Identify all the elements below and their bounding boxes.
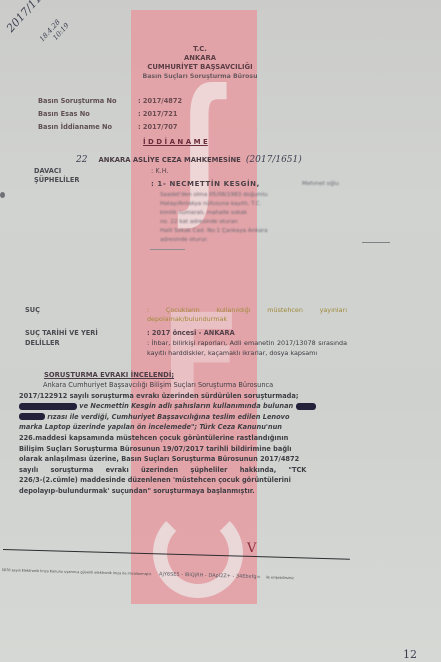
detail-line: Mehmet oğlu [302, 180, 362, 189]
paragraph-line: ve Necmettin Kesgin adlı şahısların kull… [19, 401, 349, 412]
case-number-label: Basın Esas No [38, 110, 138, 119]
section-heading: SORUŞTURMA EVRAKI İNCELENDİ; [44, 371, 174, 379]
court-line: 22 ANKARA ASLİYE CEZA MAHKEMESİNE (2017/… [76, 147, 302, 166]
deliller-label: DELİLLER [25, 339, 60, 347]
handwritten-court-number: 22 [76, 155, 87, 165]
suc-value: : Çocukların kullanıldığı müstehcen yayı… [147, 306, 347, 324]
detail-line: kimlik numaralı, mahalle sokak [160, 209, 350, 218]
paragraph-line: Bilişim Suçları Soruşturma Bürosunun 19/… [19, 444, 349, 455]
handwritten-page-number: 12 [403, 648, 417, 661]
court-name: ANKARA ASLİYE CEZA MAHKEMESİNE [99, 156, 241, 164]
davaci-label: DAVACI [34, 167, 61, 175]
davaci-value: : K.H. [151, 167, 169, 175]
redaction-mark [296, 403, 316, 410]
case-number-value: : 2017/4872 [138, 97, 182, 105]
detail-line: Halil Sokak Cad. No:1 Çankaya Ankara [160, 227, 350, 236]
handwritten-court-ref: (2017/1651) [246, 155, 302, 165]
handwritten-signature-mark: V [247, 541, 256, 556]
margin-dot [0, 192, 5, 198]
suc-tarihi-label: SUÇ TARİHİ VE YERİ [25, 329, 98, 337]
supheli-1-name: : 1- NECMETTİN KESGİN, [151, 180, 260, 188]
suc-label: SUÇ [25, 306, 40, 314]
case-numbers: Basın Soruşturma No: 2017/4872 Basın Esa… [38, 93, 182, 132]
paragraph-line: rızası ile verdiği, Cumhuriyet Başsavcıl… [19, 412, 349, 423]
section-paragraph: Ankara Cumhuriyet Başsavcılığı Bilişim S… [19, 380, 349, 497]
paragraph-line: 226/3-(2.cümle) maddesinde düzenlenen 'm… [19, 475, 349, 486]
header-tc: T.C. [110, 45, 290, 54]
case-number-row: Basın Soruşturma No: 2017/4872 [38, 93, 182, 106]
case-number-row: Basın İddianame No: 2017/707 [38, 119, 182, 132]
paragraph-line: depolayıp-bulundurmak' suçundan" soruştu… [19, 486, 349, 497]
document-page: ʃ F 2017/1109 18.4.28 10:19 T.C. ANKARA … [0, 0, 441, 662]
footer-signature-code: AjY6SE5 - lBiQjRH - DApl2Z+ - 34Ebxfg= [159, 571, 261, 580]
detail-line: Saadet'den olma 05/08/1983 doğumlu [160, 191, 350, 200]
header-bureau: Basın Suçları Soruşturma Bürosu [110, 72, 290, 81]
case-number-value: : 2017/721 [138, 110, 177, 118]
supheliler-label: ŞÜPHELİLER [34, 176, 79, 184]
detail-line: Hatay/Antakya nüfusuna kayıtlı, T.C. [160, 200, 350, 209]
header-office: CUMHURİYET BAŞSAVCILIĞI [110, 63, 290, 72]
case-number-label: Basın İddianame No [38, 123, 138, 132]
footer-small-print: 5070 sayılı Elektronik İmza Kanunu uyarı… [2, 568, 152, 576]
handwritten-time-note: 18.4.28 10:19 [38, 16, 72, 50]
institution-header: T.C. ANKARA CUMHURİYET BAŞSAVCILIĞI Bası… [110, 45, 290, 81]
case-number-label: Basın Soruşturma No [38, 97, 138, 106]
paragraph-fragment: ve Necmettin Kesgin adlı şahısların kull… [79, 402, 293, 410]
detail-line: no. 22 kat adresinde oturan [160, 218, 350, 227]
redaction-mark [19, 413, 45, 420]
case-number-value: : 2017/707 [138, 123, 177, 131]
footer-verify-text: ile erişebilirsiniz [266, 575, 294, 580]
paragraph-line: Ankara Cumhuriyet Başsavcılığı Bilişim S… [19, 380, 349, 391]
paragraph-line: sayılı soruşturma evrakı üzerinden şüphe… [19, 465, 349, 476]
paragraph-line: olarak anlaşılması üzerine, Basın Suçlar… [19, 454, 349, 465]
underline-mark [150, 249, 185, 250]
paragraph-line: marka Laptop üzerinde yapılan ön incelem… [19, 422, 349, 433]
case-number-row: Basın Esas No: 2017/721 [38, 106, 182, 119]
document-title: İ D D İ A N A M E [143, 138, 208, 146]
detail-line: adresinde oturur. [160, 236, 350, 245]
supheli-1-details: Mehmet oğlu Saadet'den olma 05/08/1983 d… [160, 191, 350, 245]
paragraph-line: 226.maddesi kapsamında müstehcen çocuk g… [19, 433, 349, 444]
paragraph-line: 2017/122912 sayılı soruşturma evrakı üze… [19, 391, 349, 402]
margin-mark [362, 242, 390, 243]
header-city: ANKARA [110, 54, 290, 63]
redaction-mark [19, 403, 77, 410]
paragraph-fragment: rızası ile verdiği, Cumhuriyet Başsavcıl… [47, 413, 289, 421]
suc-tarihi-value: : 2017 öncesi - ANKARA [147, 329, 235, 337]
deliller-value: : İhbar, bilirkişi raporları, Adli emane… [147, 339, 347, 358]
